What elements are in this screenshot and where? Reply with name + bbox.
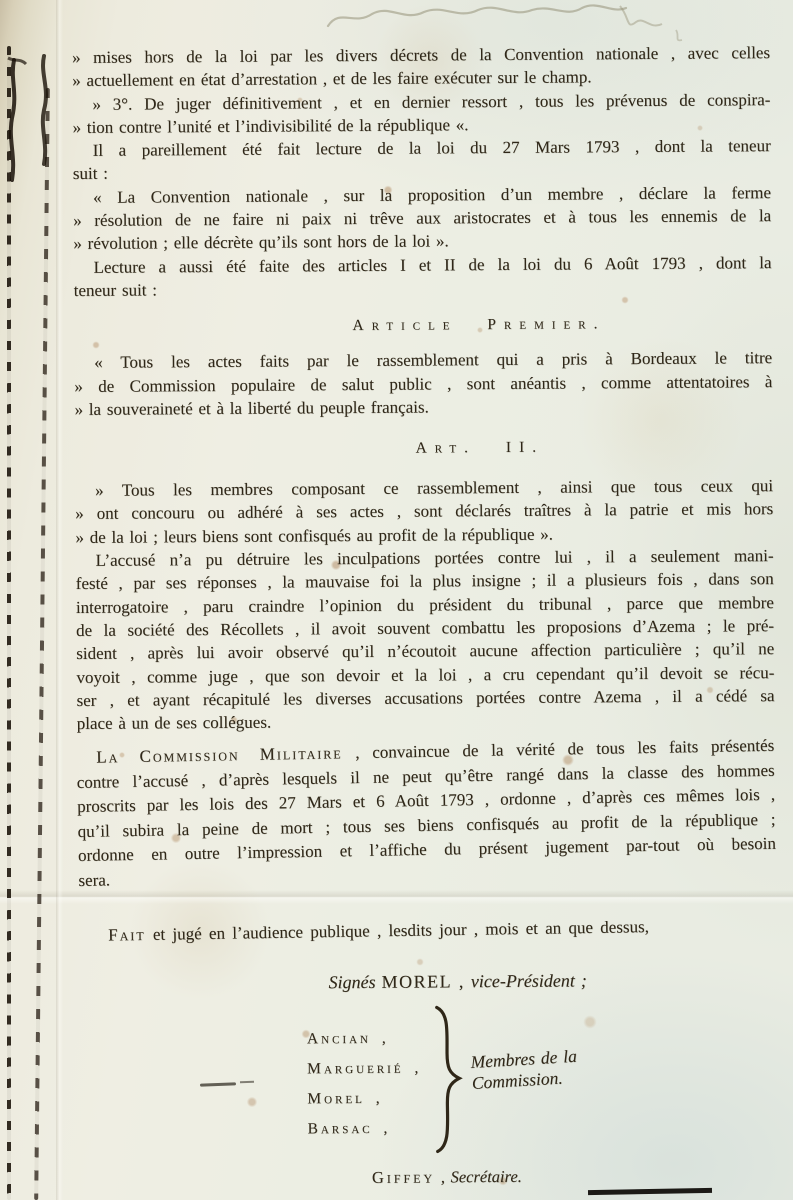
text-line: Lecture a aussi été faite des articles I…: [73, 251, 771, 279]
fait-lead-smallcaps: Fait: [108, 925, 146, 945]
vice-president-name: MOREL ,: [381, 972, 464, 993]
text-line: » ont concouru ou adhéré à ses actes , s…: [75, 498, 773, 526]
text-line: teneur suit :: [74, 274, 772, 302]
intro-quote-paragraph: » mises hors de la loi par les divers dé…: [72, 41, 771, 139]
secretary-line: Giffey , Secrétaire.: [372, 1163, 778, 1189]
lecture-6-aout-paragraph: Lecture a aussi été faite des articles I…: [73, 251, 771, 302]
fait-rest: et jugé en l’audience publique , lesdits…: [146, 917, 650, 944]
document-page: » mises hors de la loi par les divers dé…: [0, 0, 793, 1200]
text-line: » de Commission populaire de salut publi…: [74, 370, 772, 398]
binding-stitches-inner: [34, 88, 50, 1200]
commission-lead-smallcaps: La Commission Militaire: [96, 744, 343, 767]
members-of-commission-label: Membres de la Commission.: [470, 1045, 579, 1093]
secretary-name-smallcaps: Giffey: [372, 1167, 435, 1186]
signed-line: Signés MOREL , vice-Président ;: [328, 968, 776, 994]
article-2-paragraph: » Tous les membres composant ce rassembl…: [75, 474, 773, 549]
signes-label: Signés: [328, 972, 381, 992]
text-line: » la souveraineté et à la liberté du peu…: [74, 393, 772, 421]
article-2-heading: Art. II.: [131, 433, 793, 464]
commission-verdict-paragraph: La Commission Militaire , convaincue de …: [76, 734, 776, 894]
article-1-paragraph: « Tous les actes faits par le rassemblem…: [74, 346, 772, 421]
vice-president-title: vice-Président ;: [465, 971, 587, 992]
secretary-title: , Secrétaire.: [435, 1166, 522, 1186]
heading-text: Art. II.: [415, 439, 544, 457]
text-line: » 3°. De juger définitivement , et en de…: [72, 88, 770, 116]
lecture-27-mars-paragraph: Il a pareillement été fait lecture de la…: [73, 134, 771, 185]
text-line: place à un de ses collégues.: [77, 707, 775, 735]
commission-lead-rest: , convaincue de la vérité de tous les fa…: [342, 736, 774, 763]
heading-text: Article Premier.: [352, 316, 605, 335]
printed-text-block: » mises hors de la loi par les divers dé…: [72, 41, 778, 1191]
fait-et-juge-line: Fait et jugé en l’audience publique , le…: [78, 913, 776, 947]
accuse-paragraph: L’accusé n’a pu détruire les inculpation…: [76, 544, 775, 735]
binding-stitches-left: [7, 46, 11, 1200]
brace-icon: [431, 1003, 466, 1155]
convention-quote-paragraph: « La Convention nationale , sur la propo…: [73, 181, 771, 256]
binding-thread-loops-icon: [0, 52, 70, 202]
article-premier-heading: Article Premier. ,: [130, 310, 793, 341]
bottom-rule: [588, 1188, 712, 1195]
handwritten-annotation: [320, 0, 700, 44]
signature-block: Ancian , Marguerié , Morel , Barsac , Me…: [79, 1021, 778, 1152]
member-name: Barsac ,: [307, 1111, 777, 1144]
